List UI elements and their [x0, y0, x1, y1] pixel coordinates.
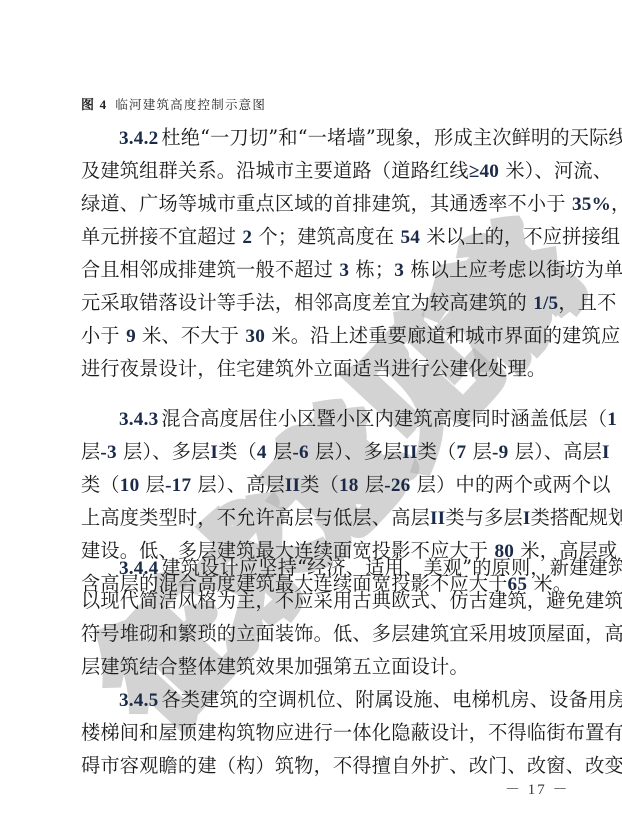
text-run: ，: [611, 192, 622, 215]
text-layer: 图 4临河建筑高度控制示意图 3.4.2杜绝“一刀切”和“一堵墙”现象，形成主次…: [0, 0, 622, 833]
text-run: 元采取错落设计等手法，相邻高度差宜为较高建筑的: [81, 291, 533, 314]
paragraph-line: 元采取错落设计等手法，相邻高度差宜为较高建筑的 1/5，且不: [81, 286, 549, 319]
paragraph-line: 3.4.5各类建筑的空调机位、附属设施、电梯机房、设备用房、: [119, 683, 549, 716]
section-number: 3.4.3: [119, 409, 158, 430]
bold-value: 18: [339, 475, 359, 496]
text-run: 类（: [81, 473, 120, 496]
bold-value: 3: [339, 260, 349, 281]
bold-value: I: [602, 442, 610, 463]
paragraph-line: 上高度类型时，不允许高层与低层、高层II类与多层I类搭配规划: [81, 501, 549, 534]
paragraph-line: 以现代简洁风格为主，不应采用古典欧式、仿古建筑，避免建筑: [81, 584, 549, 617]
text-run: 类与多层: [445, 506, 523, 529]
bold-value: -26: [384, 475, 410, 496]
paragraph-line: 层-3 层）、多层I类（4 层-6 层）、多层II类（7 层-9 层）、高层I: [81, 435, 549, 468]
text-run: 层: [466, 440, 492, 463]
text-run: 米。沿上述重要廊道和城市界面的建筑应: [265, 324, 620, 347]
text-run: 类（: [418, 440, 457, 463]
text-run: 层）、高层: [191, 473, 285, 496]
text-run: 上高度类型时，不允许高层与低层、高层: [81, 506, 430, 529]
bold-value: 54: [401, 227, 421, 248]
bold-value: 7: [457, 442, 467, 463]
bold-value: 1: [607, 409, 617, 430]
bold-value: I: [210, 442, 218, 463]
document-page: 征求意见稿 图 4临河建筑高度控制示意图 3.4.2杜绝“一刀切”和“一堵墙”现…: [0, 0, 622, 833]
paragraph-line: 及建筑组群关系。沿城市主要道路（道路红线≥40 米）、河流、: [81, 154, 549, 187]
text-run: 碍市容观瞻的建（构）筑物，不得擅自外扩、改门、改窗、改变: [81, 754, 622, 777]
bold-value: II: [430, 508, 445, 529]
paragraph-line: 3.4.3混合高度居住小区暨小区内建筑高度同时涵盖低层（1: [119, 402, 549, 435]
paragraph-line: 层建筑结合整体建筑效果加强第五立面设计。: [81, 650, 549, 683]
paragraph-line: 3.4.4建筑设计应坚持“经济、适用、美观”的原则，新建建筑: [119, 551, 549, 584]
bold-value: I: [523, 508, 531, 529]
text-run: 层: [139, 473, 165, 496]
bold-value: II: [285, 475, 300, 496]
bold-value: 35%: [572, 194, 611, 215]
paragraph-line: 绿道、广场等城市重点区域的首排建筑，其通透率不小于 35%，: [81, 187, 549, 220]
text-run: 杜绝“一刀切”和“一堵墙”现象，形成主次鲜明的天际线: [161, 126, 622, 149]
text-run: 进行夜景设计，住宅建筑外立面适当进行公建化处理。: [81, 357, 546, 380]
text-run: 栋以上应考虑以街坊为单: [404, 258, 622, 281]
text-run: 层: [359, 473, 385, 496]
text-run: 层）、多层: [117, 440, 211, 463]
bold-value: II: [402, 442, 417, 463]
text-run: 单元拼接不宜超过: [81, 225, 242, 248]
text-run: 类搭配规划: [531, 506, 622, 529]
text-run: 楼梯间和屋顶建构筑物应进行一体化隐蔽设计，不得临街布置有: [81, 721, 622, 744]
text-run: 绿道、广场等城市重点区域的首排建筑，其通透率不小于: [81, 192, 572, 215]
paragraph-line: 小于 9 米、不大于 30 米。沿上述重要廊道和城市界面的建筑应: [81, 319, 549, 352]
figure-caption: 图 4临河建筑高度控制示意图: [81, 94, 266, 113]
text-run: 符号堆砌和繁琐的立面装饰。低、多层建筑宜采用坡顶屋面，高: [81, 622, 622, 645]
bold-value: -9: [492, 442, 508, 463]
text-run: 层建筑结合整体建筑效果加强第五立面设计。: [81, 655, 469, 678]
text-run: 层: [267, 440, 293, 463]
text-run: 小于: [81, 324, 126, 347]
bold-value: 3: [394, 260, 404, 281]
text-run: 类（: [300, 473, 339, 496]
paragraph-line: 3.4.2杜绝“一刀切”和“一堵墙”现象，形成主次鲜明的天际线: [119, 121, 549, 154]
text-run: 混合高度居住小区暨小区内建筑高度同时涵盖低层（: [161, 407, 607, 430]
bold-value: -17: [165, 475, 191, 496]
figure-label: 图 4: [81, 97, 107, 112]
text-run: 米）、河流、: [499, 159, 612, 182]
section-number: 3.4.4: [119, 558, 158, 579]
text-run: 层）、高层: [508, 440, 602, 463]
text-run: 米、不大于: [136, 324, 246, 347]
figure-title: 临河建筑高度控制示意图: [115, 97, 266, 112]
text-run: 及建筑组群关系。沿城市主要道路（道路红线: [81, 159, 469, 182]
paragraph-line: 进行夜景设计，住宅建筑外立面适当进行公建化处理。: [81, 352, 549, 385]
text-run: 层: [81, 440, 100, 463]
text-run: 各类建筑的空调机位、附属设施、电梯机房、设备用房、: [161, 688, 622, 711]
bold-value: 1/5: [533, 293, 558, 314]
paragraph-line: 合且相邻成排建筑一般不超过 3 栋；3 栋以上应考虑以街坊为单: [81, 253, 549, 286]
paragraph-line: 碍市容观瞻的建（构）筑物，不得擅自外扩、改门、改窗、改变: [81, 749, 549, 782]
bold-value: ≥40: [469, 161, 499, 182]
bold-value: -3: [100, 442, 116, 463]
paragraph-line: 符号堆砌和繁琐的立面装饰。低、多层建筑宜采用坡顶屋面，高: [81, 617, 549, 650]
text-run: 层）、多层: [309, 440, 403, 463]
paragraph-line: 单元拼接不宜超过 2 个；建筑高度在 54 米以上的，不应拼接组: [81, 220, 549, 253]
section-number: 3.4.5: [119, 690, 158, 711]
text-run: 类（: [218, 440, 257, 463]
text-run: 合且相邻成排建筑一般不超过: [81, 258, 339, 281]
text-run: ，且不: [558, 291, 616, 314]
text-run: 栋；: [349, 258, 394, 281]
bold-value: 9: [126, 326, 136, 347]
paragraph-line: 类（10 层-17 层）、高层II类（18 层-26 层）中的两个或两个以: [81, 468, 549, 501]
text-run: 建筑设计应坚持“经济、适用、美观”的原则，新建建筑: [161, 556, 622, 579]
bold-value: -6: [292, 442, 308, 463]
text-run: 个；建筑高度在: [252, 225, 400, 248]
text-run: 层）中的两个或两个以: [410, 473, 610, 496]
page-number: － 17 －: [505, 778, 570, 799]
bold-value: 10: [120, 475, 140, 496]
section-number: 3.4.2: [119, 128, 158, 149]
paragraph-line: 楼梯间和屋顶建构筑物应进行一体化隐蔽设计，不得临街布置有: [81, 716, 549, 749]
text-run: 以现代简洁风格为主，不应采用古典欧式、仿古建筑，避免建筑: [81, 589, 622, 612]
bold-value: 4: [257, 442, 267, 463]
text-run: 米以上的，不应拼接组: [420, 225, 620, 248]
bold-value: 30: [245, 326, 265, 347]
bold-value: 2: [242, 227, 252, 248]
